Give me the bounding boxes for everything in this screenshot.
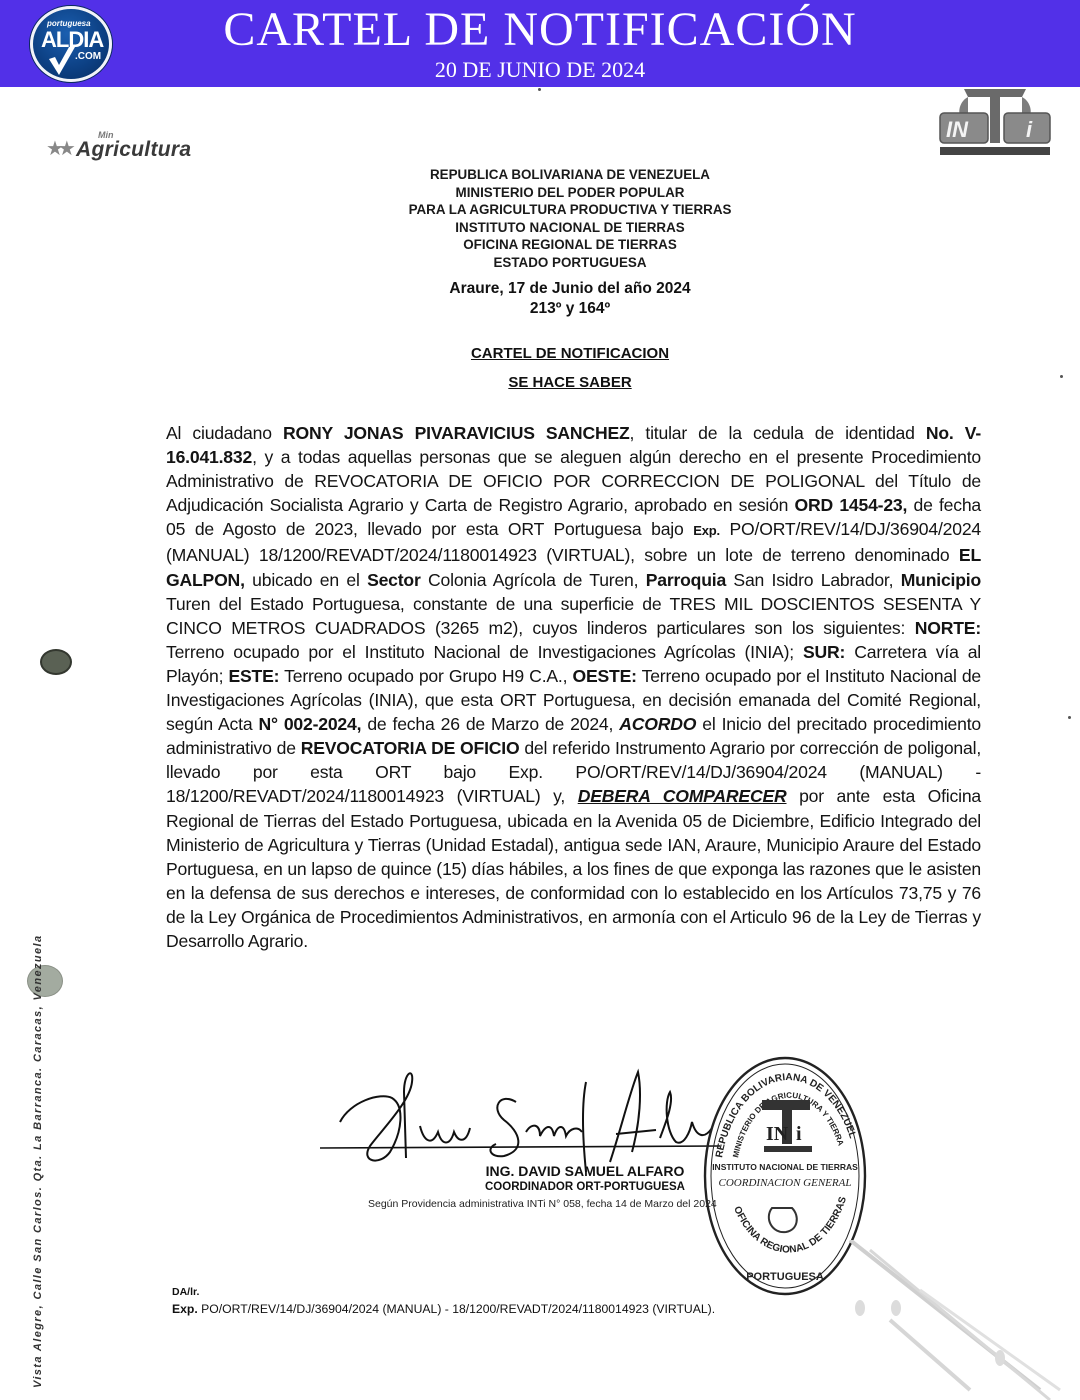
body-text: San Isidro Labrador, bbox=[726, 570, 901, 590]
banner-date: 20 DE JUNIO DE 2024 bbox=[0, 57, 1080, 83]
body-text: ubicado en el bbox=[245, 570, 367, 590]
label-sur: SUR: bbox=[803, 642, 845, 662]
svg-text:INSTITUTO NACIONAL DE TIERRAS: INSTITUTO NACIONAL DE TIERRAS bbox=[712, 1162, 858, 1172]
body-text: Terreno ocupado por el Instituto Naciona… bbox=[166, 642, 803, 662]
scan-smudges bbox=[840, 1240, 1080, 1400]
initials: DA/lr. bbox=[172, 1286, 199, 1298]
speck bbox=[1068, 716, 1071, 719]
speck bbox=[1060, 375, 1063, 378]
debera-comparecer: DEBERA COMPARECER bbox=[578, 786, 787, 806]
svg-text:i: i bbox=[1026, 117, 1033, 142]
speck bbox=[538, 88, 541, 91]
label-norte: NORTE: bbox=[915, 618, 981, 638]
exp-value: PO/ORT/REV/14/DJ/36904/2024 (MANUAL) - 1… bbox=[198, 1302, 715, 1316]
header-line: REPUBLICA BOLIVARIANA DE VENEZUELA bbox=[300, 166, 840, 184]
label-municipio: Municipio bbox=[901, 570, 981, 590]
acordo-text: ACORDO bbox=[619, 714, 696, 734]
body-text: Turen del Estado Portuguesa, constante d… bbox=[166, 594, 981, 638]
side-address: Vista Alegre, Calle San Carlos. Qta. La … bbox=[32, 935, 44, 1388]
body-text: de fecha 26 de Marzo de 2024, bbox=[361, 714, 619, 734]
hole-punch bbox=[40, 649, 72, 675]
institution-header: REPUBLICA BOLIVARIANA DE VENEZUELA MINIS… bbox=[300, 166, 840, 272]
body-text: , titular de la cedula de identidad bbox=[630, 423, 926, 443]
session-number: ORD 1454-23, bbox=[795, 495, 908, 515]
top-banner: portuguesa ALDIA .COM CARTEL DE NOTIFICA… bbox=[0, 0, 1080, 87]
header-line: INSTITUTO NACIONAL DE TIERRAS bbox=[300, 219, 840, 237]
place-date-text: Araure, 17 de Junio del año 2024 bbox=[300, 279, 840, 299]
svg-text:OFICINA REGIONAL DE TIERRAS: OFICINA REGIONAL DE TIERRAS bbox=[731, 1195, 849, 1255]
header-line: OFICINA REGIONAL DE TIERRAS bbox=[300, 236, 840, 254]
revocatoria-text: REVOCATORIA DE OFICIO bbox=[301, 738, 520, 758]
place-date: Araure, 17 de Junio del año 2024 213º y … bbox=[300, 279, 840, 319]
document-subtitle: SE HACE SABER bbox=[300, 373, 840, 393]
body-text: por ante esta Oficina Regional de Tierra… bbox=[166, 786, 981, 951]
exp-label: Exp. bbox=[693, 523, 720, 538]
stars-icon: ★★ bbox=[46, 136, 70, 161]
label-este: ESTE: bbox=[228, 666, 279, 686]
exp-label: Exp. bbox=[172, 1302, 198, 1316]
signatory-note: Según Providencia administrativa INTi N°… bbox=[368, 1197, 717, 1211]
ministry-agriculture-logo: ★★ Min Agricultura bbox=[46, 130, 236, 164]
years-text: 213º y 164º bbox=[300, 299, 840, 319]
document-title: CARTEL DE NOTIFICACION bbox=[300, 344, 840, 364]
header-line: MINISTERIO DEL PODER POPULAR bbox=[300, 184, 840, 202]
notification-body: Al ciudadano RONY JONAS PIVARAVICIUS SAN… bbox=[166, 421, 981, 953]
citizen-name: RONY JONAS PIVARAVICIUS SANCHEZ bbox=[283, 423, 630, 443]
label-sector: Sector bbox=[367, 570, 421, 590]
acta-number: N° 002-2024, bbox=[258, 714, 361, 734]
svg-text:IN: IN bbox=[946, 117, 969, 142]
label-oeste: OESTE: bbox=[572, 666, 636, 686]
svg-text:i: i bbox=[796, 1123, 802, 1145]
body-text: Terreno ocupado por Grupo H9 C.A., bbox=[279, 666, 572, 686]
body-text: Colonia Agrícola de Turen, bbox=[421, 570, 646, 590]
header-line: ESTADO PORTUGUESA bbox=[300, 254, 840, 272]
svg-text:PORTUGUESA: PORTUGUESA bbox=[746, 1271, 824, 1283]
svg-text:IN: IN bbox=[766, 1123, 789, 1145]
svg-text:COORDINACION GENERAL: COORDINACION GENERAL bbox=[719, 1177, 852, 1189]
label-parroquia: Parroquia bbox=[646, 570, 726, 590]
inti-logo: IN i bbox=[938, 87, 1052, 157]
header-line: PARA LA AGRICULTURA PRODUCTIVA Y TIERRAS bbox=[300, 201, 840, 219]
banner-title: CARTEL DE NOTIFICACIÓN bbox=[0, 2, 1080, 58]
footer-expedient: Exp. PO/ORT/REV/14/DJ/36904/2024 (MANUAL… bbox=[172, 1302, 715, 1316]
ministry-name: Agricultura bbox=[76, 138, 191, 162]
body-text: Al ciudadano bbox=[166, 423, 283, 443]
